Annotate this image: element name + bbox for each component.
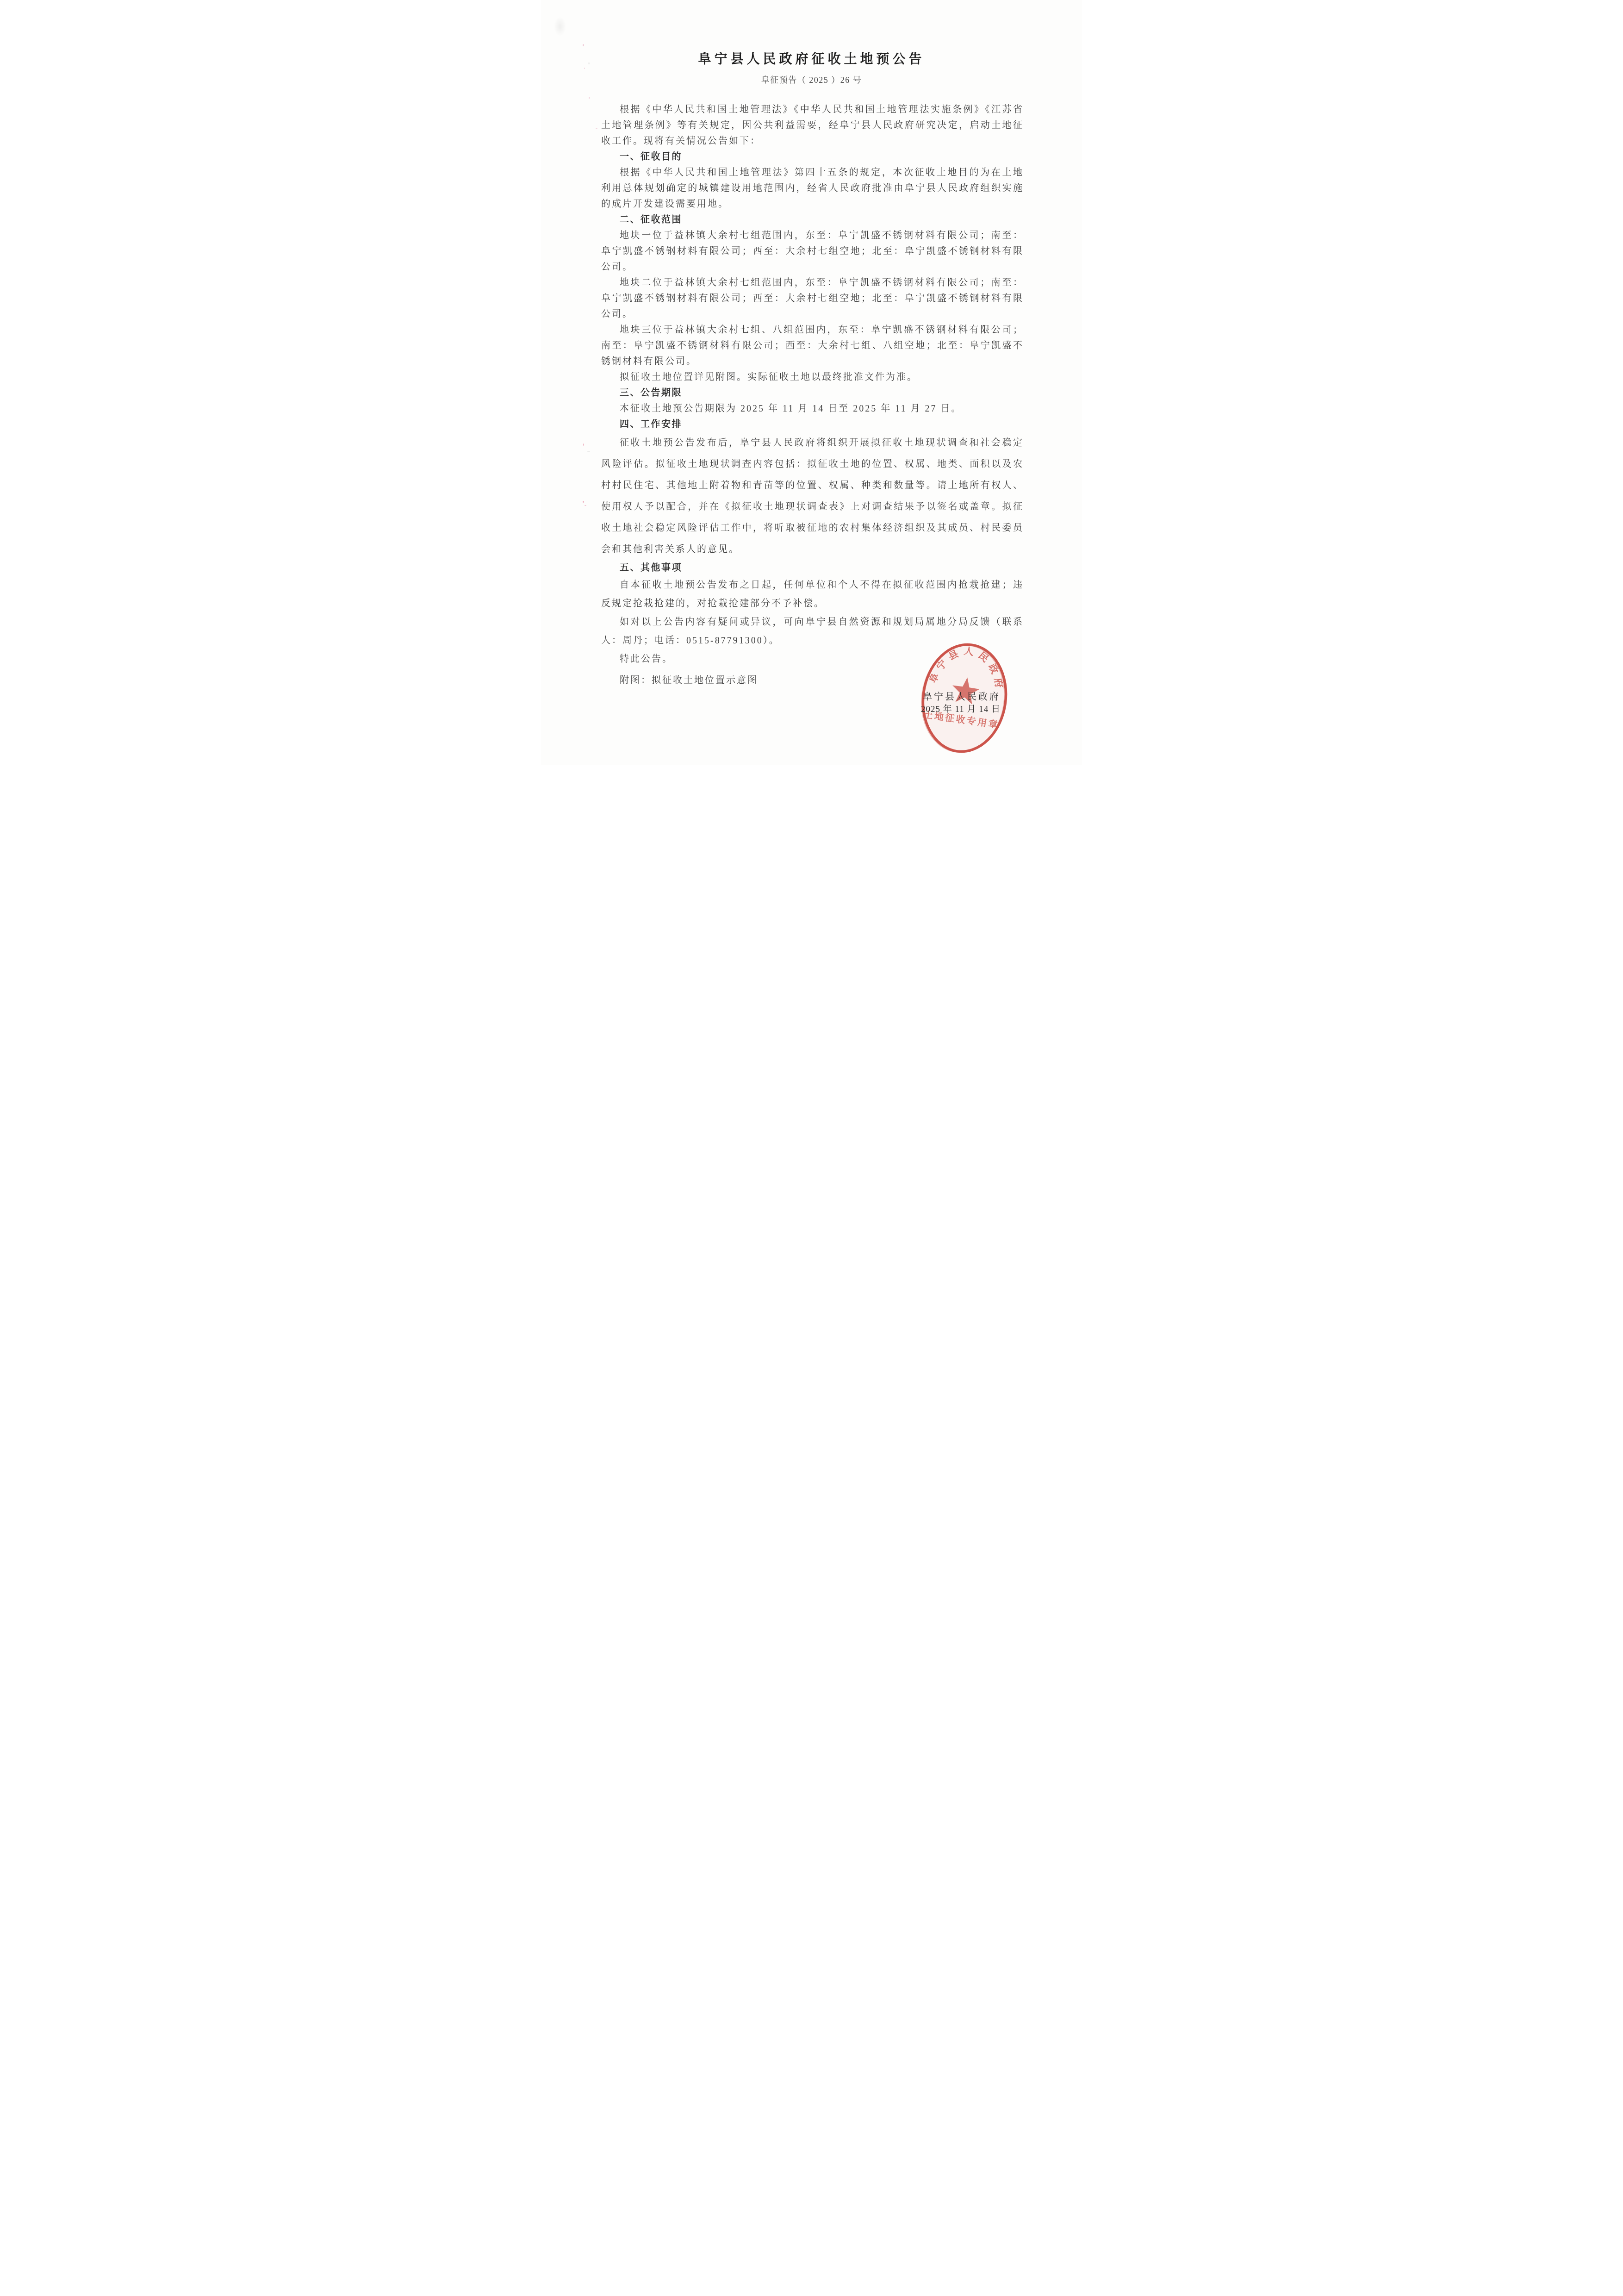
section-heading-other: 五、其他事项 [601,560,1024,576]
document-body: 根据《中华人民共和国土地管理法》《中华人民共和国土地管理法实施条例》《江苏省土地… [601,102,1024,690]
section-heading-arrangement: 四、工作安排 [601,417,1024,432]
scan-speck [585,505,586,506]
document-page: 阜宁县人民政府征收土地预公告 阜征预告（ 2025 ）26 号 根据《中华人民共… [541,0,1082,765]
paragraph: 自本征收土地预公告发布之日起，任何单位和个人不得在拟征收范围内抢栽抢建；违反规定… [601,576,1024,613]
scan-smudge [554,17,566,36]
section-heading-purpose: 一、征收目的 [601,149,1024,165]
section-heading-period: 三、公告期限 [601,385,1024,401]
signature-date: 2025 年 11 月 14 日 [541,704,1001,716]
scan-speck [588,62,590,64]
paragraph: 地块一位于益林镇大余村七组范围内，东至：阜宁凯盛不锈钢材料有限公司；南至：阜宁凯… [601,228,1024,275]
scan-speck [583,501,584,503]
paragraph: 征收土地预公告发布后，阜宁县人民政府将组织开展拟征收土地现状调查和社会稳定风险评… [601,432,1024,560]
intro-paragraph: 根据《中华人民共和国土地管理法》《中华人民共和国土地管理法实施条例》《江苏省土地… [601,102,1024,149]
paragraph: 根据《中华人民共和国土地管理法》第四十五条的规定，本次征收土地目的为在土地利用总… [601,165,1024,212]
paragraph: 本征收土地预公告期限为 2025 年 11 月 14 日至 2025 年 11 … [601,401,1024,417]
scan-speck [583,44,584,46]
page-title: 阜宁县人民政府征收土地预公告 [541,50,1082,69]
section-heading-scope: 二、征收范围 [601,212,1024,228]
scan-speck [596,128,597,129]
scan-speck [589,97,590,99]
paragraph: 地块二位于益林镇大余村七组范围内，东至：阜宁凯盛不锈钢材料有限公司；南至：阜宁凯… [601,275,1024,322]
scan-speck [584,68,585,69]
document-number: 阜征预告（ 2025 ）26 号 [541,74,1082,86]
paragraph: 拟征收土地位置详见附图。实际征收土地以最终批准文件为准。 [601,369,1024,385]
scan-speck [583,443,584,446]
signature-block: 阜宁县人民政府 2025 年 11 月 14 日 [541,692,1001,716]
signature-authority: 阜宁县人民政府 [541,692,1001,703]
paragraph: 地块三位于益林镇大余村七组、八组范围内，东至：阜宁凯盛不锈钢材料有限公司；南至：… [601,322,1024,369]
scan-speck [587,451,590,452]
